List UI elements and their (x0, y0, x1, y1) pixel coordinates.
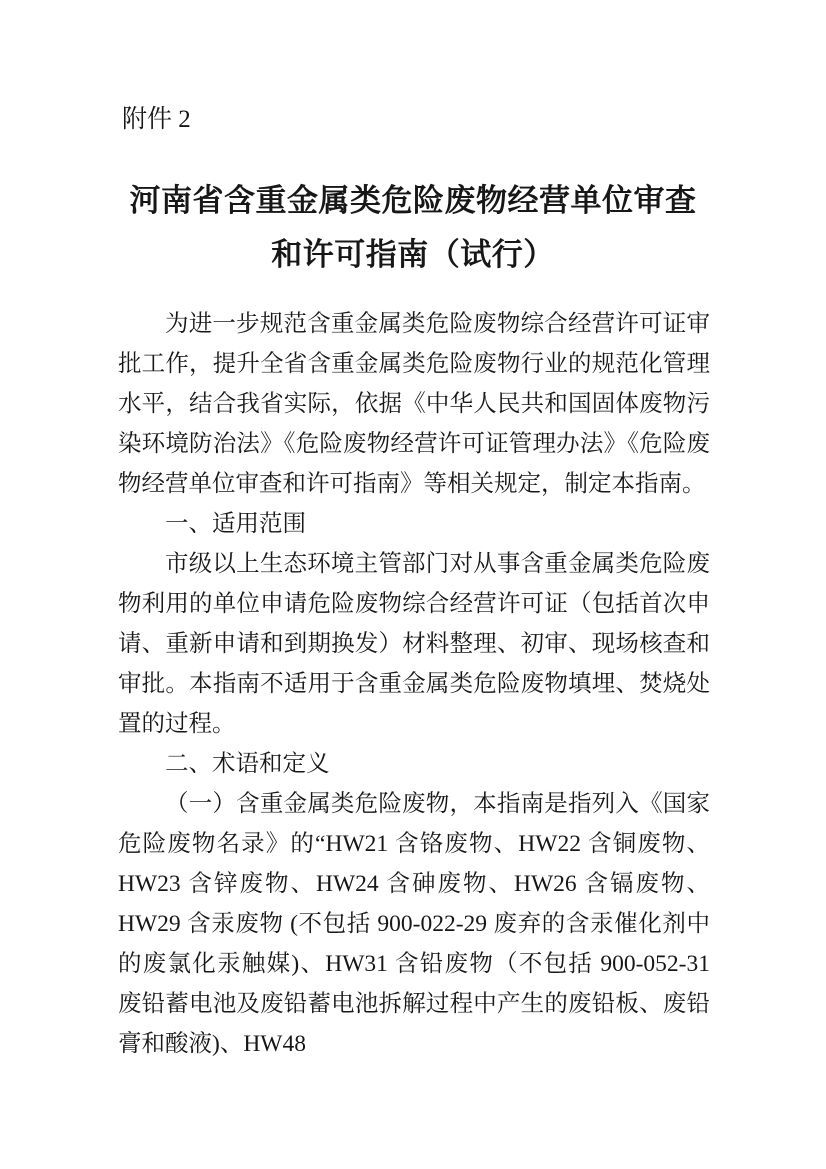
section-heading-terms: 二、术语和定义 (118, 744, 710, 784)
document-page: 附件 2 河南省含重金属类危险废物经营单位审查 和许可指南（试行） 为进一步规范… (0, 0, 826, 1169)
document-body: 为进一步规范含重金属类危险废物综合经营许可证审批工作，提升全省含重金属类危险废物… (118, 304, 710, 1064)
document-title-line-1: 河南省含重金属类危险废物经营单位审查 (100, 174, 726, 228)
section-heading-scope: 一、适用范围 (118, 504, 710, 544)
intro-paragraph: 为进一步规范含重金属类危险废物综合经营许可证审批工作，提升全省含重金属类危险废物… (118, 304, 710, 504)
attachment-label: 附件 2 (122, 100, 710, 140)
document-title-line-2: 和许可指南（试行） (100, 228, 726, 282)
section-terms-paragraph: （一）含重金属类危险废物，本指南是指列入《国家危险废物名录》的“HW21 含铬废… (118, 784, 710, 1064)
section-scope-paragraph: 市级以上生态环境主管部门对从事含重金属类危险废物利用的单位申请危险废物综合经营许… (118, 544, 710, 744)
document-title: 河南省含重金属类危险废物经营单位审查 和许可指南（试行） (100, 174, 726, 282)
